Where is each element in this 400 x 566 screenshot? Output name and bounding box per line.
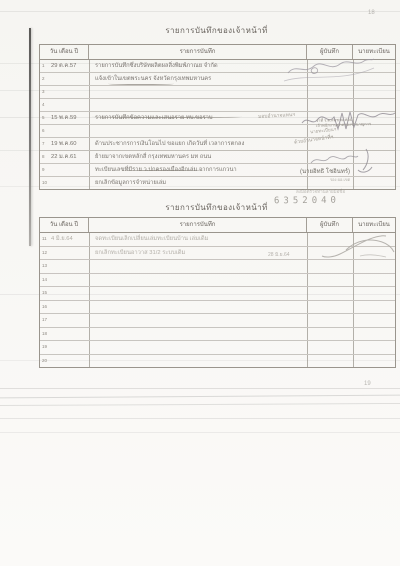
- table-row: 7 19 พ.ค.60 ด้านประชากรการเงินโอนไป ขอแย…: [40, 138, 395, 151]
- column-header-record: รายการบันทึก: [89, 45, 307, 59]
- row-date: 4 มิ.ย.64: [51, 233, 89, 246]
- row-date: 22 ม.ค.61: [51, 151, 89, 163]
- row-number: 17: [40, 314, 51, 327]
- table-row: 15: [40, 287, 395, 301]
- row-number: 11: [40, 233, 51, 246]
- row-date: 15 พ.ค.59: [51, 112, 89, 124]
- table-row: 17: [40, 314, 395, 328]
- scan-artifact-line: [0, 403, 400, 406]
- table-row: 13: [40, 260, 395, 274]
- row-record-text: รายการบันทึกซึ่งบริษัทผลิตผลสิ่งพิมพ์ภาณ…: [89, 60, 307, 72]
- row-number: 12: [40, 247, 51, 260]
- table2-title: รายการบันทึกของเจ้าหน้าที่: [39, 201, 394, 214]
- table-row: 16: [40, 301, 395, 315]
- table1-title: รายการบันทึกของเจ้าหน้าที่: [39, 24, 394, 37]
- pencil-date: 28 มิ.ย.64: [268, 251, 290, 259]
- hand-underline: [92, 115, 242, 118]
- row-record-text: จดทะเบียนเลิกเปลี่ยนเล่มทะเบียนบ้าน เล่ม…: [89, 233, 307, 246]
- row-date: 29 ต.ค.57: [51, 60, 89, 72]
- row-number: 2: [40, 73, 51, 85]
- column-header-date: วัน เดือน ปี: [40, 45, 89, 59]
- scan-artifact-line: [0, 388, 400, 389]
- row-number: 8: [40, 151, 51, 163]
- row-number: 13: [40, 260, 51, 273]
- scan-artifact-line: [0, 432, 400, 433]
- row-record-text: ย้ายมาจากเขตหลักสี่ กรุงเทพมหานคร มท ถนน: [89, 151, 307, 163]
- table-row: 18: [40, 328, 395, 342]
- scan-artifact-line: [0, 418, 400, 419]
- row-number: 14: [40, 274, 51, 287]
- row-number: 7: [40, 138, 51, 150]
- column-header-record: รายการบันทึก: [89, 218, 307, 232]
- table2-header: วัน เดือน ปี รายการบันทึก ผู้บันทึก นายท…: [40, 218, 395, 233]
- row-record-text: ยกเลิกข้อมูลการจำหน่ายเล่ม: [89, 177, 307, 189]
- row-number: 15: [40, 287, 51, 300]
- row-number: 4: [40, 99, 51, 111]
- scan-artifact-line: [0, 395, 400, 399]
- page-binding-shadow: [29, 28, 31, 246]
- row-number: 6: [40, 125, 51, 137]
- faint-check-note: ลงมือตรวจทานลายมือชื่อ: [296, 188, 345, 195]
- hand-underline: [120, 168, 205, 171]
- page-number-top: 18: [368, 10, 375, 16]
- typed-officer-name: (นายอิทธิ โชอินทร์): [300, 166, 350, 176]
- row-number: 18: [40, 328, 51, 341]
- row-number: 20: [40, 355, 51, 368]
- handwritten-signature-4: [316, 232, 396, 262]
- column-header-recorder: ผู้บันทึก: [307, 218, 353, 232]
- column-header-registrar: นายทะเบียน: [353, 218, 395, 232]
- row-number: 3: [40, 86, 51, 98]
- row-date: 19 พ.ค.60: [51, 138, 89, 150]
- row-date: [51, 73, 89, 85]
- row-number: 9: [40, 164, 51, 176]
- row-number: 16: [40, 301, 51, 314]
- row-number: 19: [40, 341, 51, 354]
- row-record-text: ด้านประชากรการเงินโอนไป ขอแยก เกิดวันที่…: [89, 138, 307, 150]
- table-row: 20: [40, 355, 395, 368]
- scanned-registry-page: 18 รายการบันทึกของเจ้าหน้าที่ วัน เดือน …: [0, 0, 400, 566]
- row-number: 5: [40, 112, 51, 124]
- scan-artifact-line: [0, 11, 400, 12]
- row-number: 10: [40, 177, 51, 189]
- table-row: 14: [40, 274, 395, 288]
- table-row: 19: [40, 341, 395, 355]
- row-number: 1: [40, 60, 51, 72]
- page-number-bottom: 19: [364, 381, 371, 387]
- column-header-date: วัน เดือน ปี: [40, 218, 89, 232]
- hand-underline: [108, 82, 174, 85]
- handwritten-signature-1: [282, 55, 377, 89]
- pencil-note: รอง ผอ.เขต: [330, 176, 350, 183]
